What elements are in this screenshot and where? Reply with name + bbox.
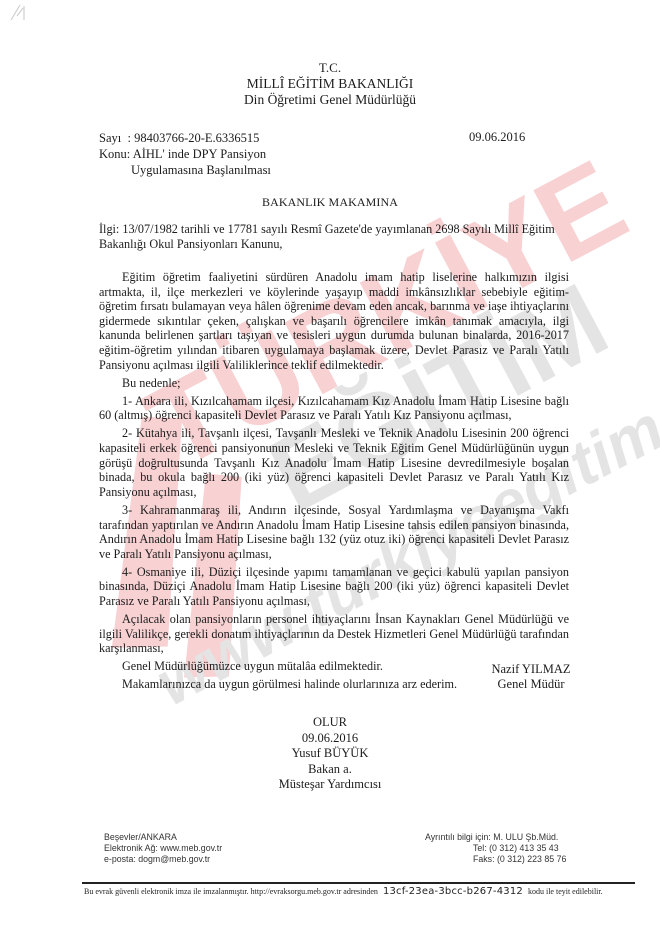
verification-code: 13cf-23ea-3bcc-b267-4312 bbox=[383, 886, 523, 897]
footer-tel: Tel: (0 312) 413 35 43 bbox=[425, 843, 566, 854]
reference: İlgi: 13/07/1982 tarihli ve 17781 sayılı… bbox=[99, 222, 567, 251]
footer-contact: Ayrıntılı bilgi için: M. ULU Şb.Müd. Tel… bbox=[425, 832, 566, 864]
document-page: TÜRKİYE EĞİTİM www.turkiyeegitim.com T.C… bbox=[0, 0, 660, 934]
konu-line1: AİHL' inde DPY Pansiyon bbox=[133, 147, 266, 161]
footer-email: e-posta: dogm@meb.gov.tr bbox=[104, 854, 222, 865]
footer-fax: Faks: (0 312) 223 85 76 bbox=[425, 854, 566, 865]
verification-prefix: Bu evrak güvenli elektronik imza ile imz… bbox=[84, 887, 378, 896]
footer-city: Beşevler/ANKARA bbox=[104, 832, 222, 843]
letter-body: Eğitim öğretim faaliyetini sürdüren Anad… bbox=[99, 270, 569, 696]
verification-suffix: kodu ile teyit edilebilir. bbox=[528, 887, 603, 896]
header-directorate: Din Öğretimi Genel Müdürlüğü bbox=[0, 92, 660, 108]
approval-block: OLUR 09.06.2016 Yusuf BÜYÜK Bakan a. Müs… bbox=[0, 715, 660, 793]
approval-date: 09.06.2016 bbox=[0, 731, 660, 747]
konu-line2: Uygulamasına Başlanılması bbox=[99, 162, 271, 178]
approver-on-behalf: Bakan a. bbox=[0, 762, 660, 778]
document-date: 09.06.2016 bbox=[469, 130, 525, 145]
paragraph-intro: Eğitim öğretim faaliyetini sürdüren Anad… bbox=[99, 270, 569, 372]
konu-label: Konu: bbox=[99, 147, 130, 161]
list-item-1: 1- Ankara ili, Kızılcahamam ilçesi, Kızı… bbox=[99, 394, 569, 423]
document-meta: Sayı : 98403766-20-E.6336515 Konu: AİHL'… bbox=[99, 130, 271, 178]
signer-block: Nazif YILMAZ Genel Müdür bbox=[476, 662, 586, 692]
recipient: BAKANLIK MAKAMINA bbox=[0, 195, 660, 210]
sayi-value: : 98403766-20-E.6336515 bbox=[127, 131, 259, 145]
approver-name: Yusuf BÜYÜK bbox=[0, 746, 660, 762]
sayi-label: Sayı bbox=[99, 131, 121, 145]
header-tc: T.C. bbox=[0, 60, 660, 76]
footer-web: Elektronik Ağ: www.meb.gov.tr bbox=[104, 843, 222, 854]
letterhead: T.C. MİLLÎ EĞİTİM BAKANLIĞI Din Öğretimi… bbox=[0, 60, 660, 108]
footer-divider bbox=[82, 882, 635, 884]
footer-contact-person: Ayrıntılı bilgi için: M. ULU Şb.Müd. bbox=[425, 832, 566, 843]
list-item-2: 2- Kütahya ili, Tavşanlı ilçesi, Tavşanl… bbox=[99, 426, 569, 499]
signer-title: Genel Müdür bbox=[476, 677, 586, 692]
paragraph-therefore: Bu nedenle; bbox=[99, 376, 569, 391]
signer-name: Nazif YILMAZ bbox=[476, 662, 586, 677]
paragraph-staffing: Açılacak olan pansiyonların personel iht… bbox=[99, 612, 569, 656]
footer-address: Beşevler/ANKARA Elektronik Ağ: www.meb.g… bbox=[104, 832, 222, 864]
list-item-3: 3- Kahramanmaraş ili, Andırın ilçesinde,… bbox=[99, 503, 569, 561]
approval-olur: OLUR bbox=[0, 715, 660, 731]
header-ministry: MİLLÎ EĞİTİM BAKANLIĞI bbox=[0, 76, 660, 92]
approver-title: Müsteşar Yardımcısı bbox=[0, 777, 660, 793]
list-item-4: 4- Osmaniye ili, Düziçi ilçesinde yapımı… bbox=[99, 565, 569, 609]
verification-note: Bu evrak güvenli elektronik imza ile imz… bbox=[84, 886, 636, 897]
